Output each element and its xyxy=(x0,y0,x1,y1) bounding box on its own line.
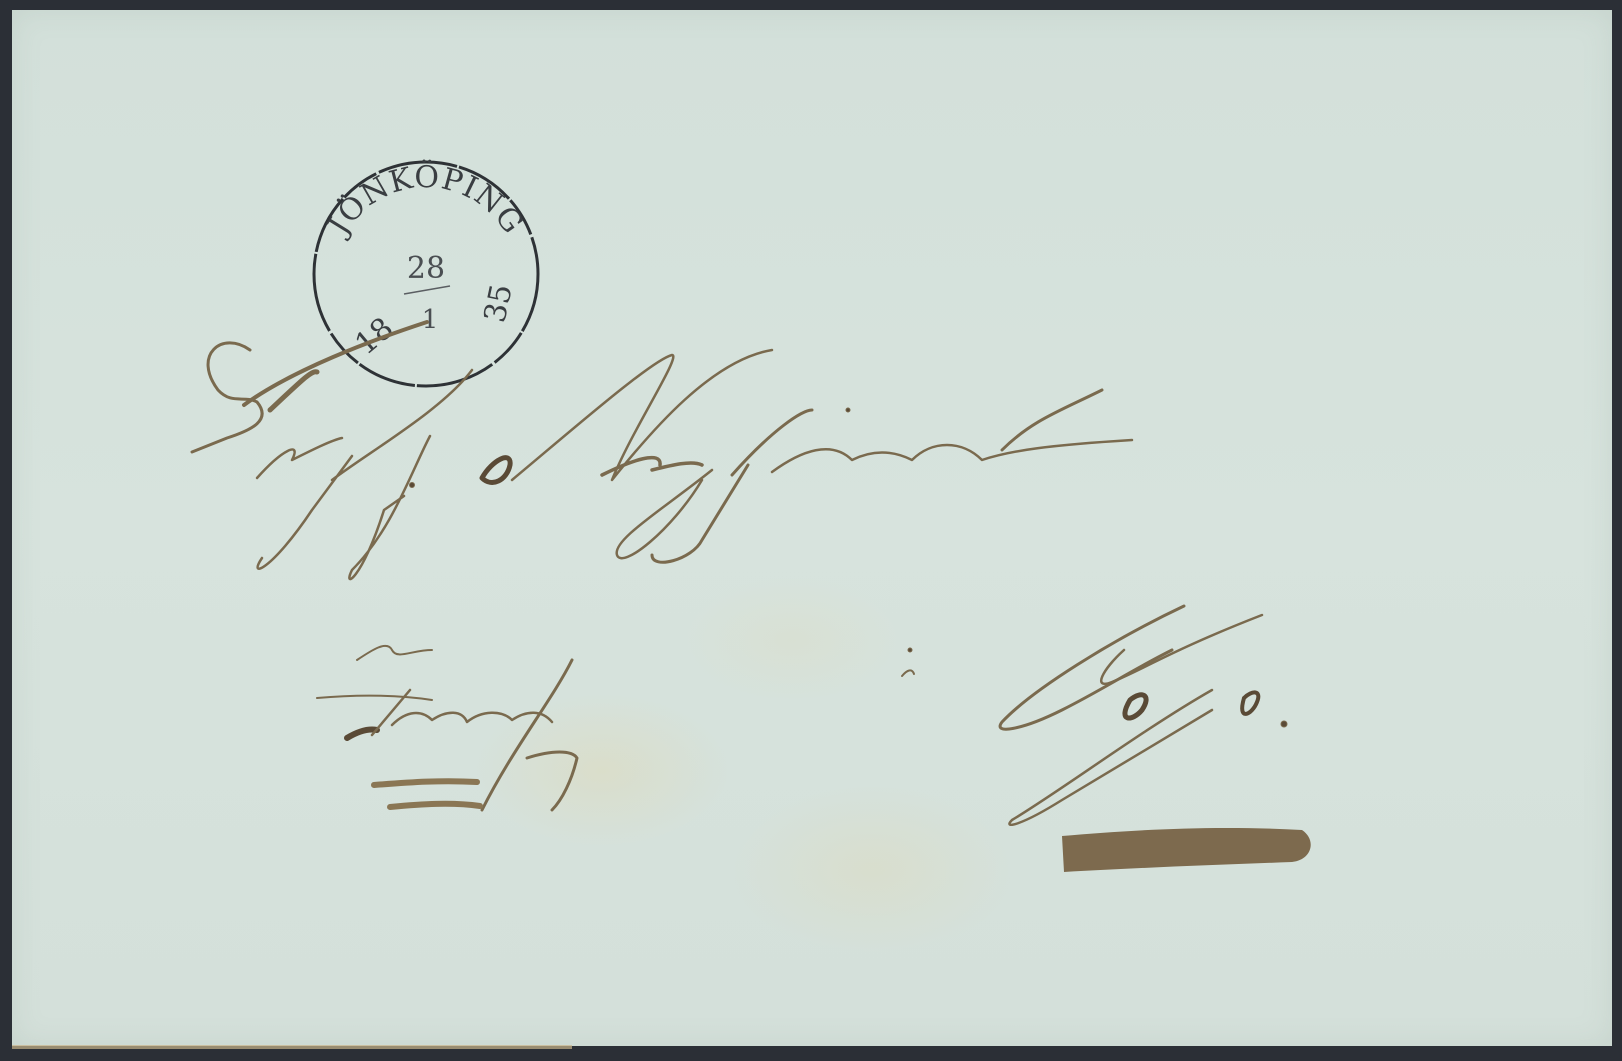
postmark-graphic: JÖNKÖPING 28 1 18 35 xyxy=(308,156,544,392)
underline-bar xyxy=(1062,828,1311,872)
address-prefix: Lofl. xyxy=(12,10,13,11)
address-destination: i Hjö. xyxy=(12,10,13,11)
endorsement-text: N. Tjenstebref xyxy=(12,10,13,11)
svg-text:35: 35 xyxy=(478,281,520,326)
svg-text:1: 1 xyxy=(422,305,439,335)
postmark-circular-datestamp: JÖNKÖPING 28 1 18 35 xyxy=(308,156,544,392)
svg-text:28: 28 xyxy=(407,251,445,286)
handwriting-strokes xyxy=(12,10,1612,1046)
postal-cover: JÖNKÖPING 28 1 18 35 xyxy=(12,10,1612,1046)
svg-text:18: 18 xyxy=(349,311,401,362)
handwritten-address xyxy=(12,10,1612,1046)
address-recipient: Magistraten xyxy=(12,10,13,11)
svg-text:JÖNKÖPING: JÖNKÖPING xyxy=(320,159,531,243)
